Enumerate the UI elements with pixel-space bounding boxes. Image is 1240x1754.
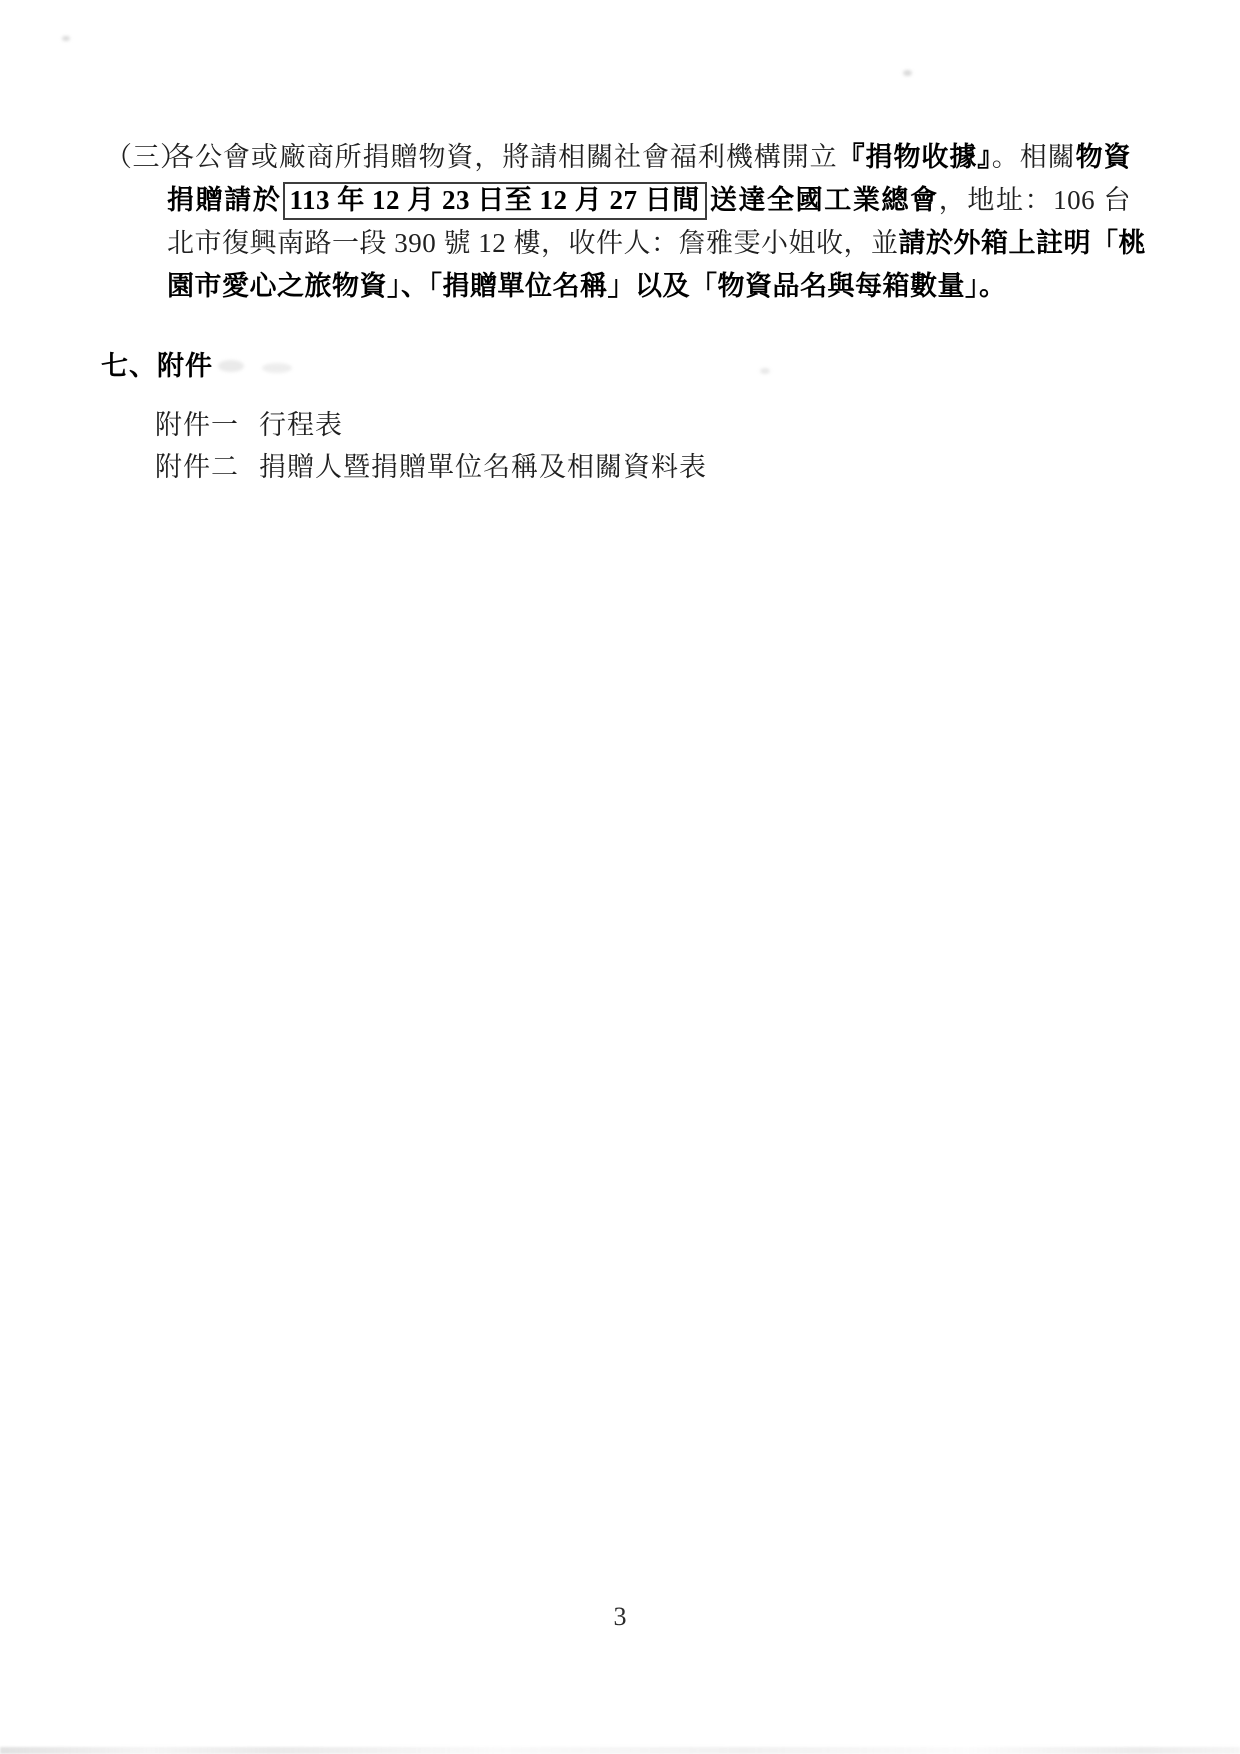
- attachment-title: 行程表: [259, 410, 343, 440]
- paragraph-lines: 各公會或廠商所捐贈物資，將請相關社會福利機構開立『捐物收據』。相關物資 捐贈請於…: [167, 136, 1131, 308]
- text-line-1: 各公會或廠商所捐贈物資，將請相關社會福利機構開立『捐物收據』。相關物資: [167, 136, 1131, 179]
- address-lead: ，地址：106 台: [939, 185, 1131, 215]
- scan-artifact-bottom: [0, 1747, 1240, 1754]
- scan-speck: [62, 36, 70, 41]
- scan-speck: [262, 363, 292, 373]
- page-number: 3: [0, 1602, 1240, 1632]
- text-line-2: 捐贈請於113 年 12 月 23 日至 12 月 27 日間送達全國工業總會，…: [167, 179, 1131, 222]
- marking-instruction-tail: 園市愛心之旅物資」、「捐贈單位名稱」以及「物資品名與每箱數量」。: [167, 271, 1007, 301]
- text-line-3: 北市復興南路一段 390 號 12 樓，收件人：詹雅雯小姐收，並請於外箱上註明「…: [167, 222, 1131, 265]
- address-recipient: 北市復興南路一段 390 號 12 樓，收件人：詹雅雯小姐收，並: [167, 228, 899, 258]
- marking-instruction-lead: 請於外箱上註明「桃: [899, 228, 1147, 258]
- text-line-4: 園市愛心之旅物資」、「捐贈單位名稱」以及「物資品名與每箱數量」。: [167, 265, 1131, 308]
- attachment-label: 附件二: [155, 452, 239, 482]
- scan-speck: [760, 368, 770, 374]
- attachments-list: 附件一行程表 附件二捐贈人暨捐贈單位名稱及相關資料表: [155, 404, 707, 488]
- attachment-row-2: 附件二捐贈人暨捐贈單位名稱及相關資料表: [155, 446, 707, 488]
- attachment-row-1: 附件一行程表: [155, 404, 707, 446]
- delivery-date-box: 113 年 12 月 23 日至 12 月 27 日間: [283, 182, 706, 220]
- line1-bold-tail: 物資: [1076, 142, 1131, 172]
- item-marker: （三）: [105, 136, 167, 179]
- section-heading-attachments: 七、附件: [101, 344, 213, 383]
- line1-text: 各公會或廠商所捐贈物資，將請相關社會福利機構開立: [167, 142, 838, 172]
- line2-bold-lead: 捐贈請於: [167, 185, 281, 215]
- donation-receipt-term: 『捐物收據』: [838, 142, 992, 172]
- scan-speck: [903, 70, 912, 76]
- paragraph-item-3: （三） 各公會或廠商所捐贈物資，將請相關社會福利機構開立『捐物收據』。相關物資 …: [105, 136, 1131, 308]
- delivery-destination: 送達全國工業總會: [709, 185, 939, 215]
- attachment-label: 附件一: [155, 410, 239, 440]
- line1-text-2: 。相關: [992, 142, 1076, 172]
- attachment-title: 捐贈人暨捐贈單位名稱及相關資料表: [259, 452, 707, 482]
- scan-speck: [218, 360, 244, 372]
- document-page: （三） 各公會或廠商所捐贈物資，將請相關社會福利機構開立『捐物收據』。相關物資 …: [0, 0, 1240, 1754]
